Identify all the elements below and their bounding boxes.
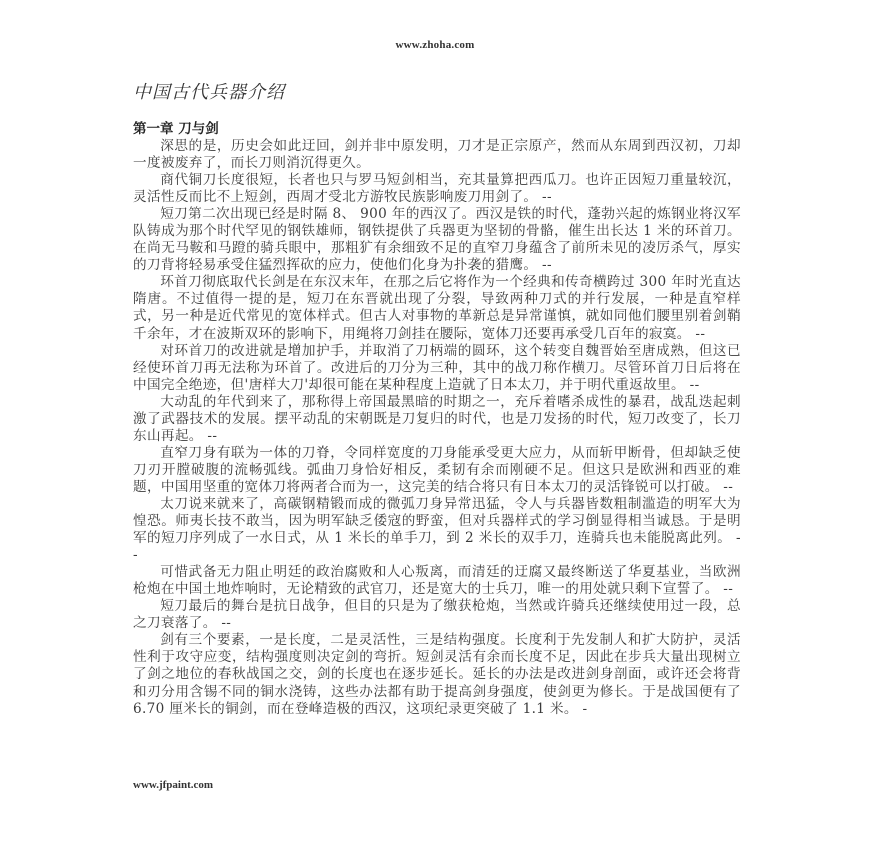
paragraph: 剑有三个要素，一是长度，二是灵活性，三是结构强度。长度利于先发制人和扩大防护，灵… (133, 632, 741, 717)
paragraph: 短刀最后的舞台是抗日战争，但目的只是为了缴获枪炮，当然或许骑兵还继续使用过一段，… (133, 598, 741, 632)
paragraph: 短刀第二次出现已经是时隔 8、 900 年的西汉了。西汉是铁的时代，蓬勃兴起的炼… (133, 206, 741, 274)
paragraph: 大动乱的年代到来了，那称得上帝国最黑暗的时期之一，充斥着嗜杀成性的暴君，战乱迭起… (133, 394, 741, 445)
paragraph: 直窄刀身有联为一体的刀脊，令同样宽度的刀身能承受更大应力，从而斩甲断骨，但却缺乏… (133, 445, 741, 496)
document-body: 第一章 刀与剑 深思的是，历史会如此迂回，剑并非中原发明，刀才是正宗原产，然而从… (133, 121, 741, 718)
chapter-heading: 第一章 刀与剑 (133, 121, 741, 138)
paragraph: 可惜武备无力阻止明廷的政治腐败和人心叛离，而清廷的迂腐又最终断送了华夏基业，当欧… (133, 564, 741, 598)
footer-watermark: www.jfpaint.com (133, 779, 213, 791)
paragraph: 商代铜刀长度很短，长者也只与罗马短剑相当，充其量算把西瓜刀。也许正因短刀重量较沉… (133, 172, 741, 206)
document-title: 中国古代兵器介绍 (133, 78, 285, 104)
paragraph: 环首刀彻底取代长剑是在东汉末年，在那之后它将作为一个经典和传奇横跨过 300 年… (133, 274, 741, 342)
header-watermark: www.zhoha.com (0, 39, 870, 51)
paragraph: 深思的是，历史会如此迂回，剑并非中原发明，刀才是正宗原产，然而从东周到西汉初，刀… (133, 138, 741, 172)
paragraph: 对环首刀的改进就是增加护手，并取消了刀柄端的圆环，这个转变自魏晋始至唐成熟，但这… (133, 343, 741, 394)
paragraph: 太刀说来就来了，高碳钢精锻而成的微弧刀身异常迅猛，令人与兵器皆数粗制滥造的明军大… (133, 496, 741, 564)
